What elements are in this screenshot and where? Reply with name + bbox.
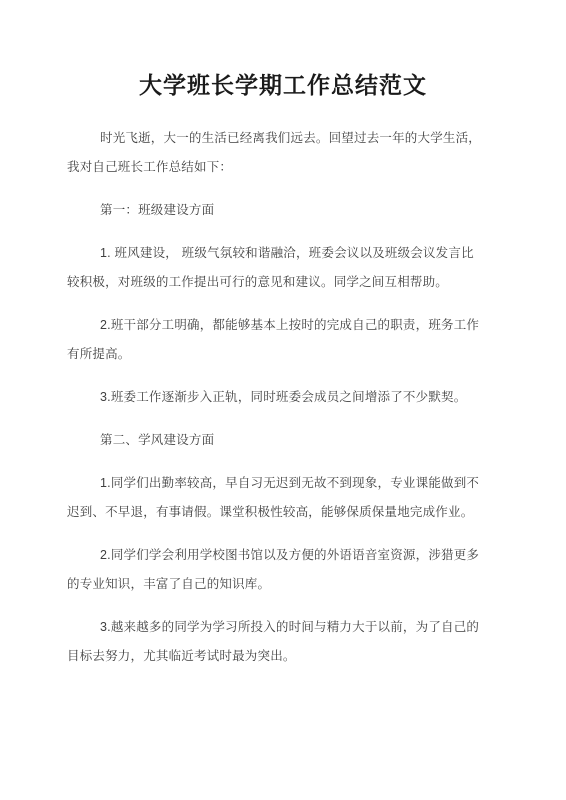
document-body: 时光飞逝，大一的生活已经离我们远去。回望过去一年的大学生活，我对自己班长工作总结… [67,124,485,671]
document-title: 大学班长学期工作总结范文 [53,70,513,100]
document-page: 大学班长学期工作总结范文 时光飞逝，大一的生活已经离我们远去。回望过去一年的大学… [0,0,566,800]
paragraph: 2.班干部分工明确，都能够基本上按时的完成自己的职责，班务工作有所提高。 [67,311,485,369]
intro-paragraph: 时光飞逝，大一的生活已经离我们远去。回望过去一年的大学生活，我对自己班长工作总结… [67,124,485,182]
paragraph: 3.越来越多的同学为学习所投入的时间与精力大于以前，为了自己的目标去努力，尤其临… [67,613,485,671]
section-heading-2: 第二、学风建设方面 [67,426,485,455]
section-heading-1: 第一：班级建设方面 [67,196,485,225]
paragraph: 3.班委工作逐渐步入正轨，同时班委会成员之间增添了不少默契。 [67,383,485,412]
paragraph: 1.同学们出勤率较高，早自习无迟到无故不到现象，专业课能做到不迟到、不早退，有事… [67,469,485,527]
paragraph: 2.同学们学会利用学校图书馆以及方便的外语语音室资源，涉猎更多的专业知识，丰富了… [67,541,485,599]
paragraph: 1. 班风建设， 班级气氛较和谐融洽，班委会议以及班级会议发言比较积极，对班级的… [67,239,485,297]
